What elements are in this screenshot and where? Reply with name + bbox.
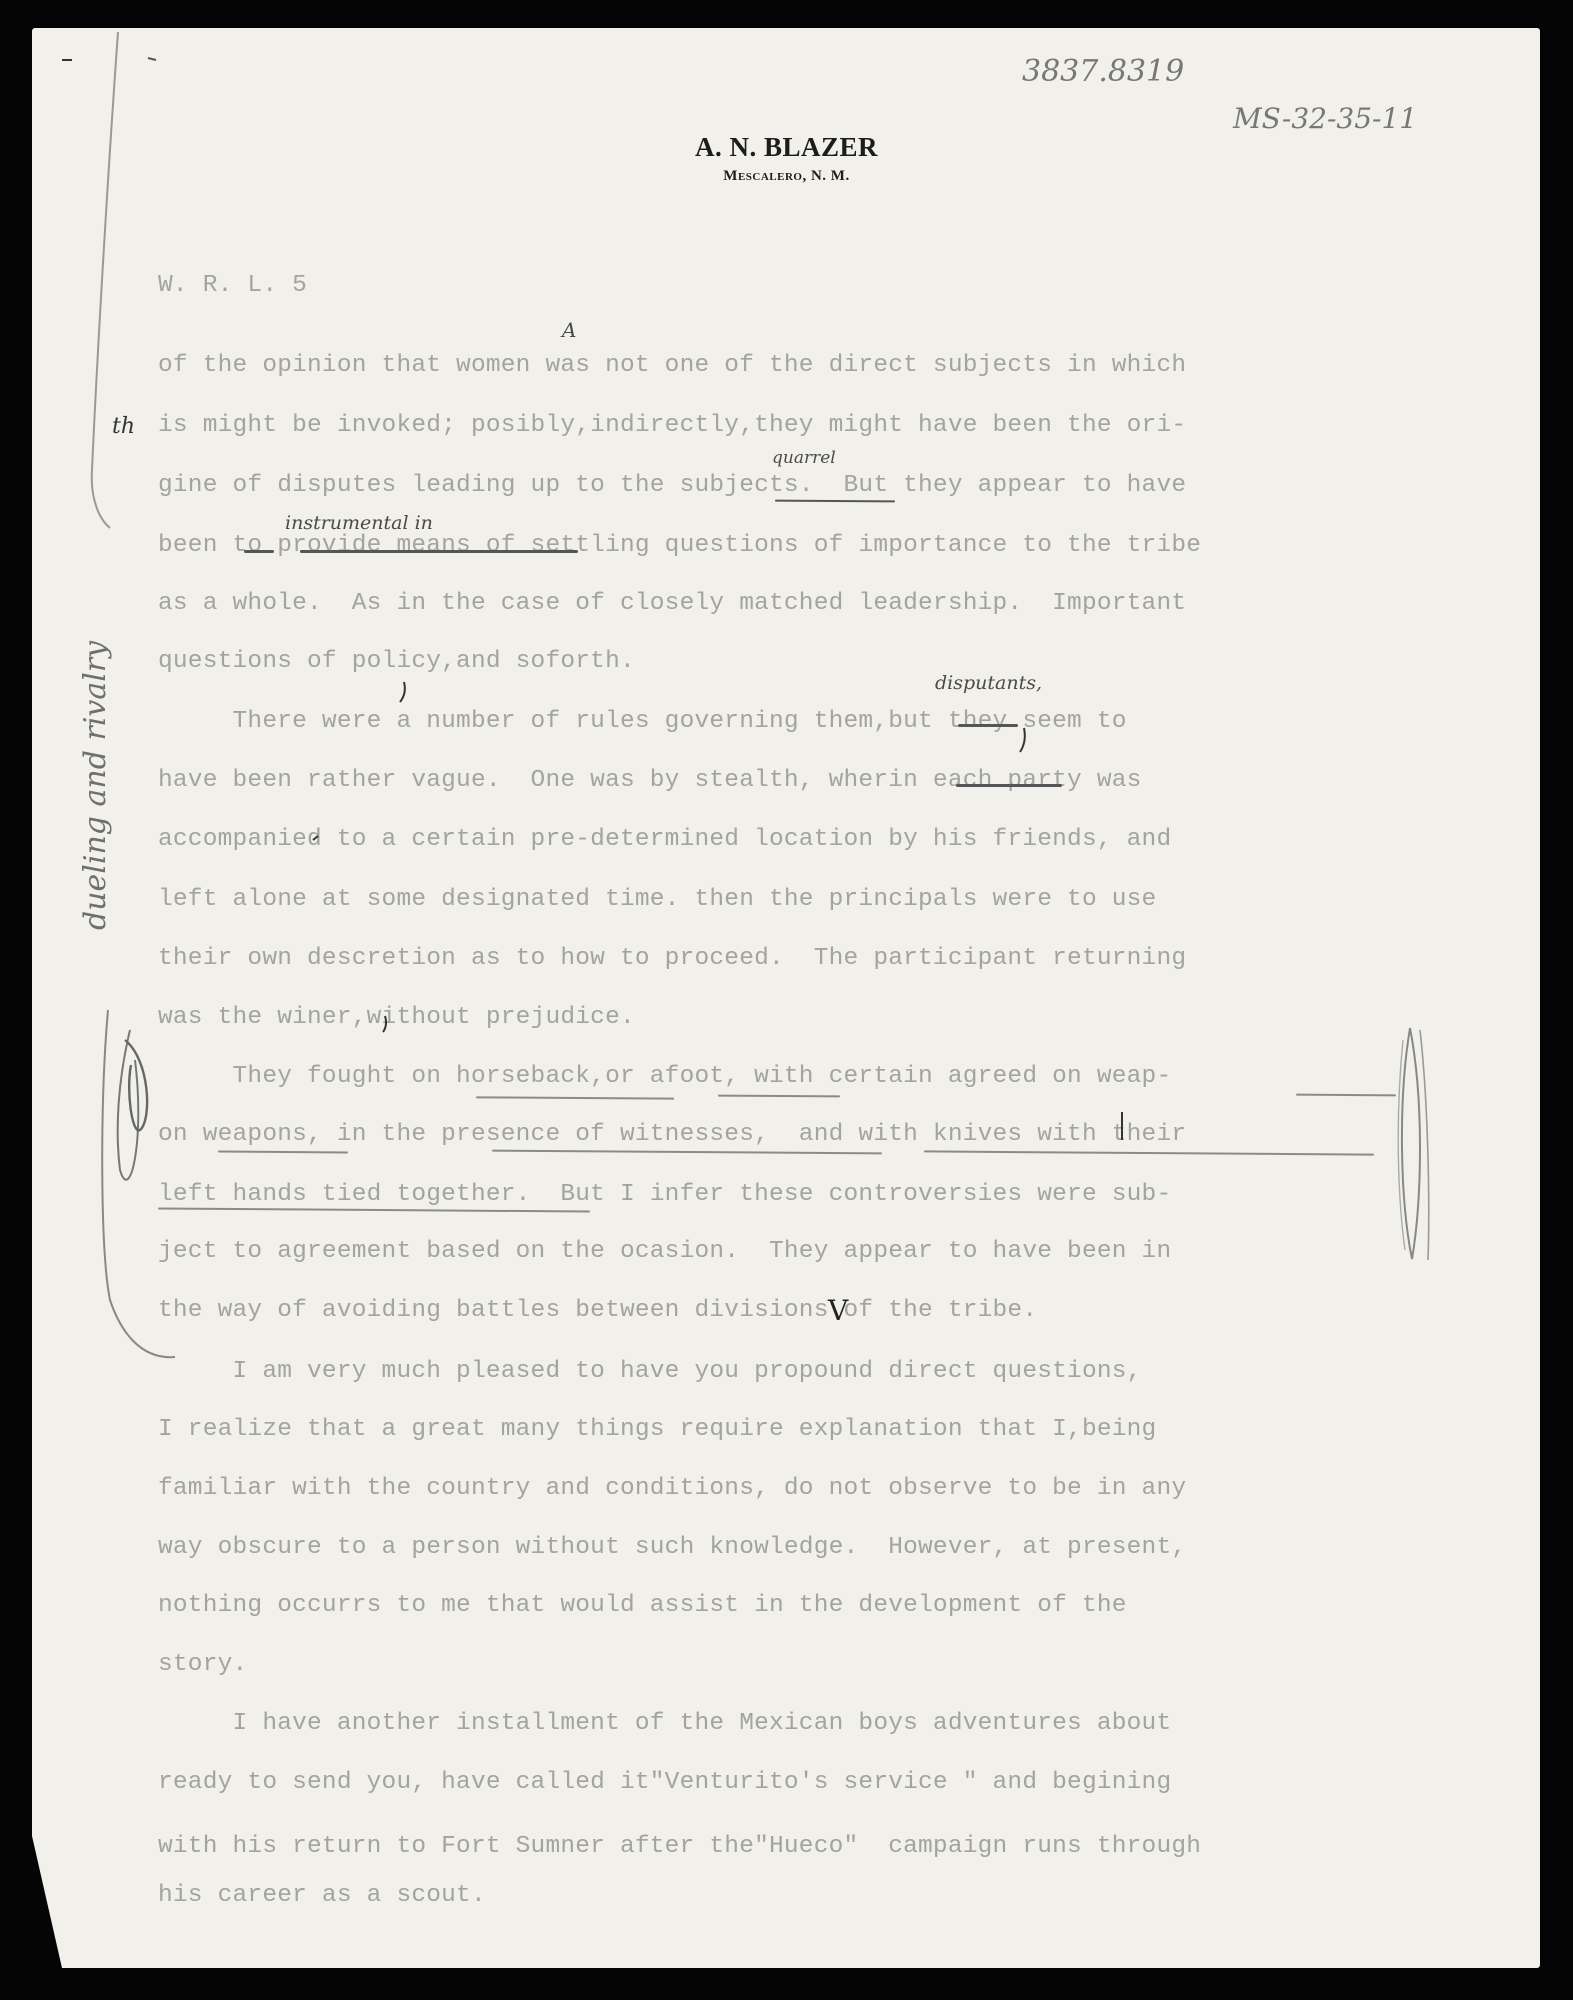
pencil-margin-marks xyxy=(0,0,1573,2000)
